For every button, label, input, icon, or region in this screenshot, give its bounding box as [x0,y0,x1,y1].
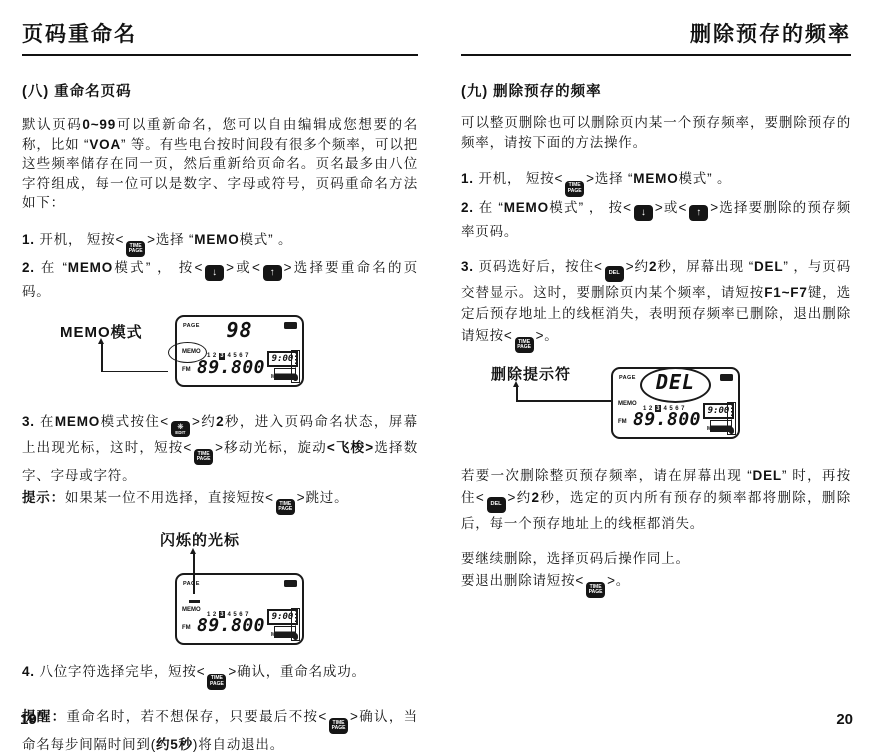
time-page-key-icon: TIMEPAGE [126,241,145,257]
lcd-display-del: PAGE DEL MEMO FM 1 2 3 4 5 6 7 89.800 MH… [611,367,740,439]
lcd-signal-bar [291,608,300,641]
step-3-right: 3. 页码选好后，按住<DEL>约2秒，屏幕出现 “DEL” ，与页码交替显示。… [461,256,851,353]
step-2-right: 2. 在 “MEMO模式” ， 按<↓>或<↑>选择要删除的预存频率页码。 [461,197,851,243]
figure-label-del-indicator: 删除提示符 [491,363,571,384]
lcd-memo-indicator: MEMO [182,349,201,355]
down-arrow-key-icon: ↓ [205,265,224,281]
down-arrow-key-icon: ↓ [634,205,653,221]
callout-line-horizontal [516,400,611,402]
figure-del-indicator: 删除提示符 PAGE DEL MEMO FM 1 2 3 4 5 6 7 [461,361,851,453]
section-heading-left: (八) 重命名页码 [22,80,418,101]
lcd-page-number: 98 [177,318,302,342]
lcd-page-label: PAGE [183,581,200,587]
title-rule-left [22,54,418,56]
time-page-key-icon: TIMEPAGE [329,718,348,734]
up-arrow-key-icon: ↑ [263,265,282,281]
time-page-key-icon: TIMEPAGE [207,674,226,690]
lcd-signal-bar [727,402,736,435]
lcd-band-indicator: FM [182,625,191,631]
time-page-key-icon: TIMEPAGE [276,499,295,515]
manual-page-right: 删除预存的频率 (九) 删除预存的频率 可以整页删除也可以删除页内某一个预存频率… [437,0,873,732]
lcd-del-highlight-ellipse [640,367,711,403]
lcd-display-memo-mode: PAGE 98 MEMO FM 1 2 3 4 5 6 7 89.800 MHz… [175,315,304,387]
callout-line-vertical [193,554,195,594]
step-1-left: 1. 开机， 短按<TIMEPAGE>选择 “MEMO模式” 。 [22,229,418,258]
tip-line-left: 提示：如果某一位不用选择，直接短按<TIMEPAGE>跳过。 [22,487,418,516]
callout-line-vertical [101,344,103,371]
callout-line-horizontal [101,371,168,373]
intro-paragraph-right: 可以整页删除也可以删除页内某一个预存频率，要删除预存的频率，请按下面的方法操作。 [461,113,851,152]
lcd-memo-indicator: MEMO [182,607,201,613]
lcd-band-indicator: FM [618,419,627,425]
time-page-key-icon: TIMEPAGE [586,582,605,598]
section-heading-right: (九) 删除预存的频率 [461,80,851,101]
figure-blinking-cursor: 闪烁的光标 PAGE MEMO FM 1 2 3 4 5 6 7 89.800 [22,527,418,653]
lcd-blinking-cursor [189,600,200,603]
page-number-20: 20 [836,711,853,728]
step-3-left: 3. 在MEMO模式按住<❋EDIT>约2秒，进入页码命名状态，屏幕上出现光标，… [22,411,418,487]
intro-paragraph-left: 默认页码0~99可以重新命名，您可以自由编辑成您想要的名称，比如 “VOA” 等… [22,115,418,213]
callout-line-vertical [516,387,518,400]
continue-delete-line: 要继续删除，选择页码后操作同上。 [461,548,851,570]
figure-label-blinking-cursor: 闪烁的光标 [160,529,240,550]
page-number-19: 19 [20,711,37,728]
figure-memo-mode: MEMO模式 PAGE 98 MEMO FM 1 2 3 4 5 6 7 [22,313,418,399]
del-key-icon: DEL [487,497,506,513]
lcd-memo-indicator: MEMO [618,401,637,407]
time-page-key-icon: TIMEPAGE [194,449,213,465]
lcd-status-badge [284,580,297,587]
edit-key-icon: ❋EDIT [171,421,190,437]
lcd-frequency: 89.800 [197,615,265,636]
page-title-left: 页码重命名 [22,18,418,48]
time-page-key-icon: TIMEPAGE [515,337,534,353]
del-key-icon: DEL [605,266,624,282]
up-arrow-key-icon: ↑ [689,205,708,221]
step-1-right: 1. 开机， 短按<TIMEPAGE>选择 “MEMO模式” 。 [461,168,851,197]
lcd-frequency: 89.800 [197,357,265,378]
remind-paragraph-left: 提醒：重命名时，若不想保存，只要最后不按<TIMEPAGE>确认，当命名每步间隔… [22,706,418,756]
step-4-left: 4. 八位字符选择完毕，短按<TIMEPAGE>确认，重命名成功。 [22,661,418,690]
title-rule-right [461,54,851,56]
lcd-signal-bar [291,350,300,383]
page-title-right: 删除预存的频率 [461,18,851,48]
exit-delete-line: 要退出删除请短按<TIMEPAGE>。 [461,570,851,599]
time-page-key-icon: TIMEPAGE [565,181,584,197]
step-2-left: 2. 在 “MEMO模式” ， 按<↓>或<↑>选择要重命名的页码。 [22,257,418,303]
bulk-delete-paragraph: 若要一次删除整页预存频率，请在屏幕出现 “DEL” 时，再按住<DEL>约2秒，… [461,465,851,534]
lcd-frequency: 89.800 [633,409,701,430]
lcd-band-indicator: FM [182,367,191,373]
manual-page-left: 页码重命名 (八) 重命名页码 默认页码0~99可以重新命名，您可以自由编辑成您… [0,0,436,732]
